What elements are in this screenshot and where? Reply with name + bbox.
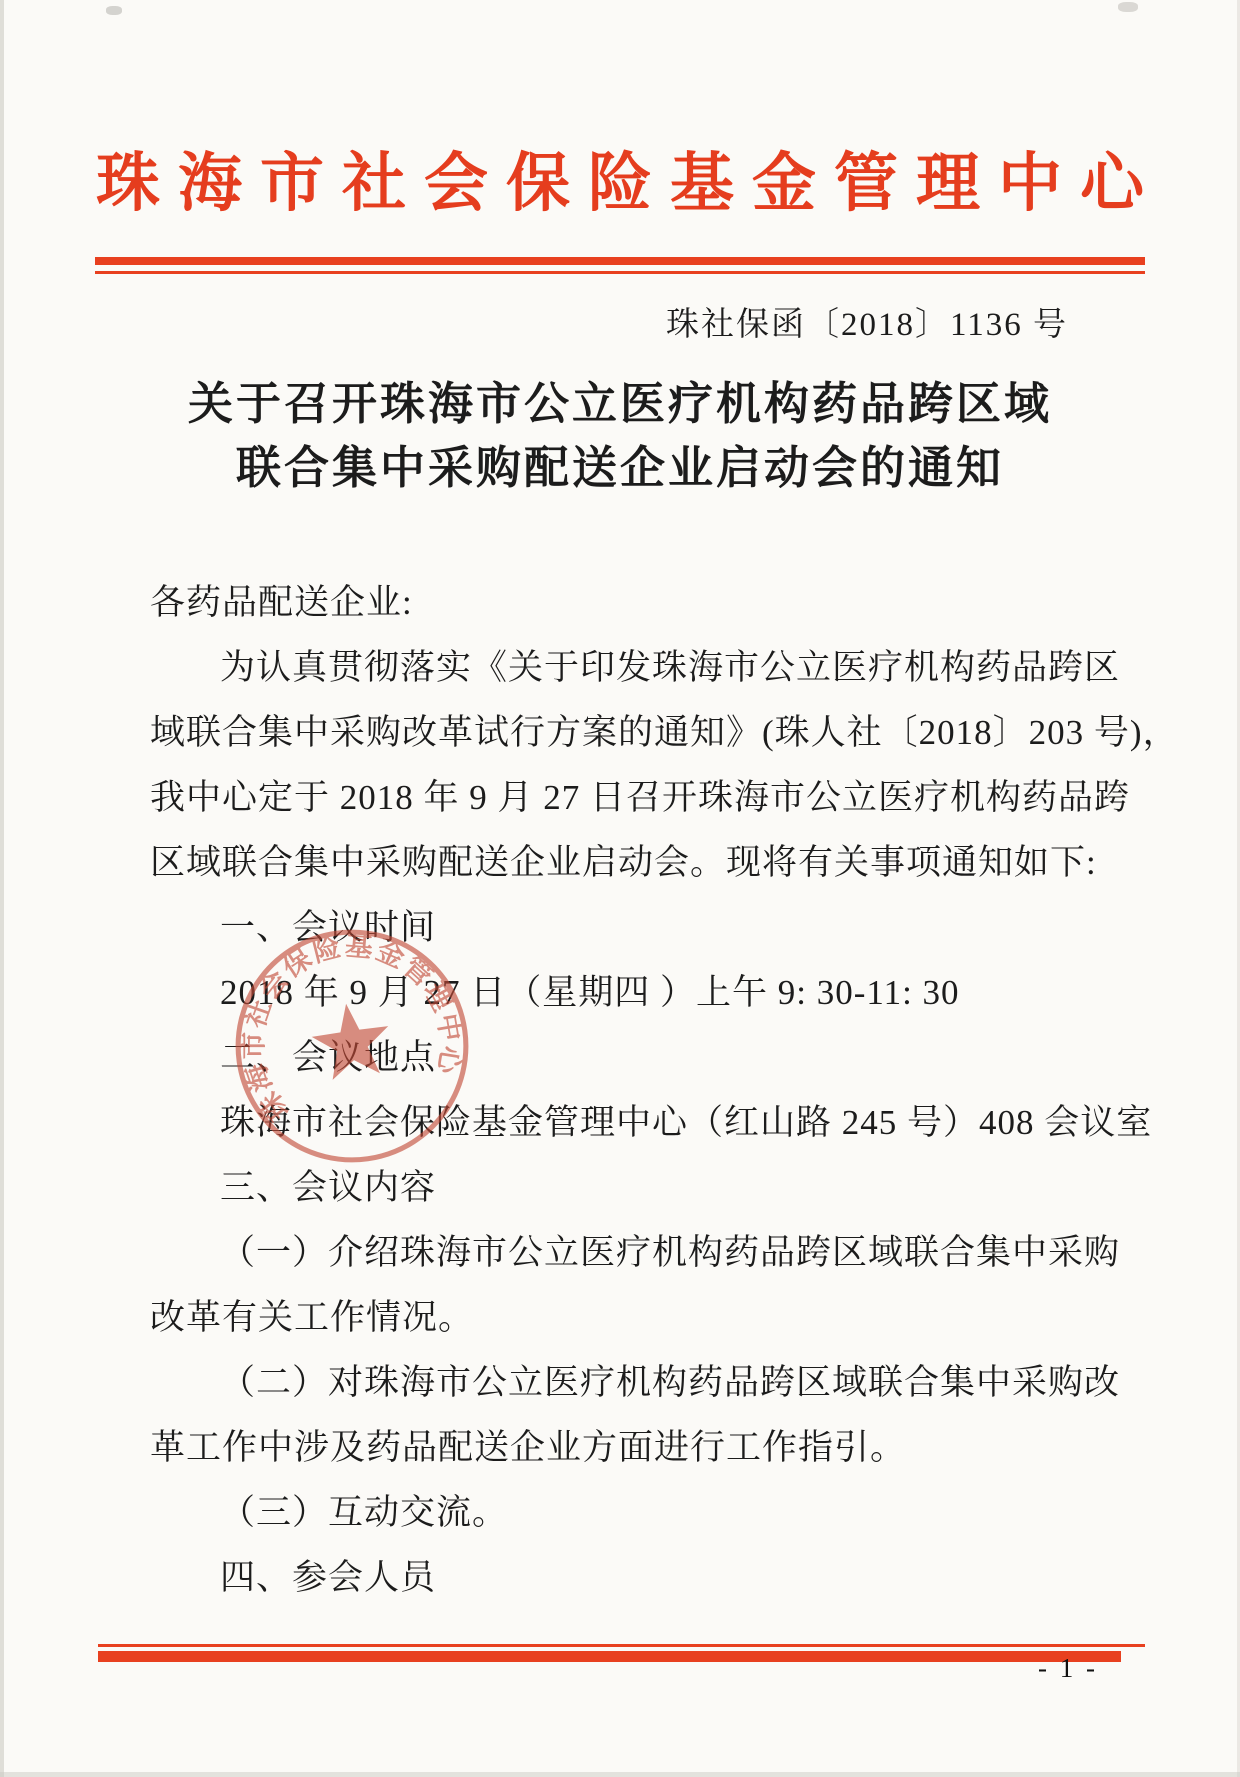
footer-rule-thick xyxy=(98,1651,1121,1662)
header-rule-thick xyxy=(95,257,1145,265)
body-line: 革工作中涉及药品配送企业方面进行工作指引。 xyxy=(150,1415,1102,1480)
body-line: 改革有关工作情况。 xyxy=(150,1285,1102,1350)
body-line: 珠海市社会保险基金管理中心（红山路 245 号）408 会议室 xyxy=(150,1090,1102,1155)
page-number: - 1 - xyxy=(1038,1653,1098,1684)
body-line-salutation: 各药品配送企业: xyxy=(150,570,1102,635)
scan-artifact xyxy=(1118,2,1138,12)
body-line: 2018 年 9 月 27 日（星期四 ）上午 9: 30-11: 30 xyxy=(150,960,1102,1025)
body-line: （二）对珠海市公立医疗机构药品跨区域联合集中采购改 xyxy=(150,1350,1102,1415)
scan-edge-bottom xyxy=(0,1772,1240,1777)
document-title: 关于召开珠海市公立医疗机构药品跨区域 联合集中采购配送企业启动会的通知 xyxy=(0,372,1240,500)
body-line: 域联合集中采购改革试行方案的通知》(珠人社〔2018〕203 号)， xyxy=(150,700,1102,765)
document-body: 各药品配送企业: 为认真贯彻落实《关于印发珠海市公立医疗机构药品跨区 域联合集中… xyxy=(150,570,1102,1610)
body-heading-3: 三、会议内容 xyxy=(150,1155,1102,1220)
agency-letterhead: 珠海市社会保险基金管理中心 xyxy=(0,132,1240,224)
body-line: 区域联合集中采购配送企业启动会。现将有关事项通知如下: xyxy=(150,830,1102,895)
body-heading-4: 四、参会人员 xyxy=(150,1545,1102,1610)
body-heading-2: 二、会议地点 xyxy=(150,1025,1102,1090)
scan-edge-left xyxy=(0,0,4,1777)
document-number: 珠社保函〔2018〕1136 号 xyxy=(666,298,1068,345)
body-heading-1: 一、会议时间 xyxy=(150,895,1102,960)
document-title-line-1: 关于召开珠海市公立医疗机构药品跨区域 xyxy=(0,372,1240,436)
body-line: 为认真贯彻落实《关于印发珠海市公立医疗机构药品跨区 xyxy=(150,635,1102,700)
header-rule-thin xyxy=(95,271,1145,274)
body-line: （一）介绍珠海市公立医疗机构药品跨区域联合集中采购 xyxy=(150,1220,1102,1285)
body-line: 我中心定于 2018 年 9 月 27 日召开珠海市公立医疗机构药品跨 xyxy=(150,765,1102,830)
scan-artifact xyxy=(106,6,122,15)
footer-rule-thin xyxy=(98,1644,1145,1647)
scanned-document-page: 珠海市社会保险基金管理中心 珠社保函〔2018〕1136 号 关于召开珠海市公立… xyxy=(0,0,1240,1777)
document-title-line-2: 联合集中采购配送企业启动会的通知 xyxy=(0,436,1240,500)
body-line: （三）互动交流。 xyxy=(150,1480,1102,1545)
